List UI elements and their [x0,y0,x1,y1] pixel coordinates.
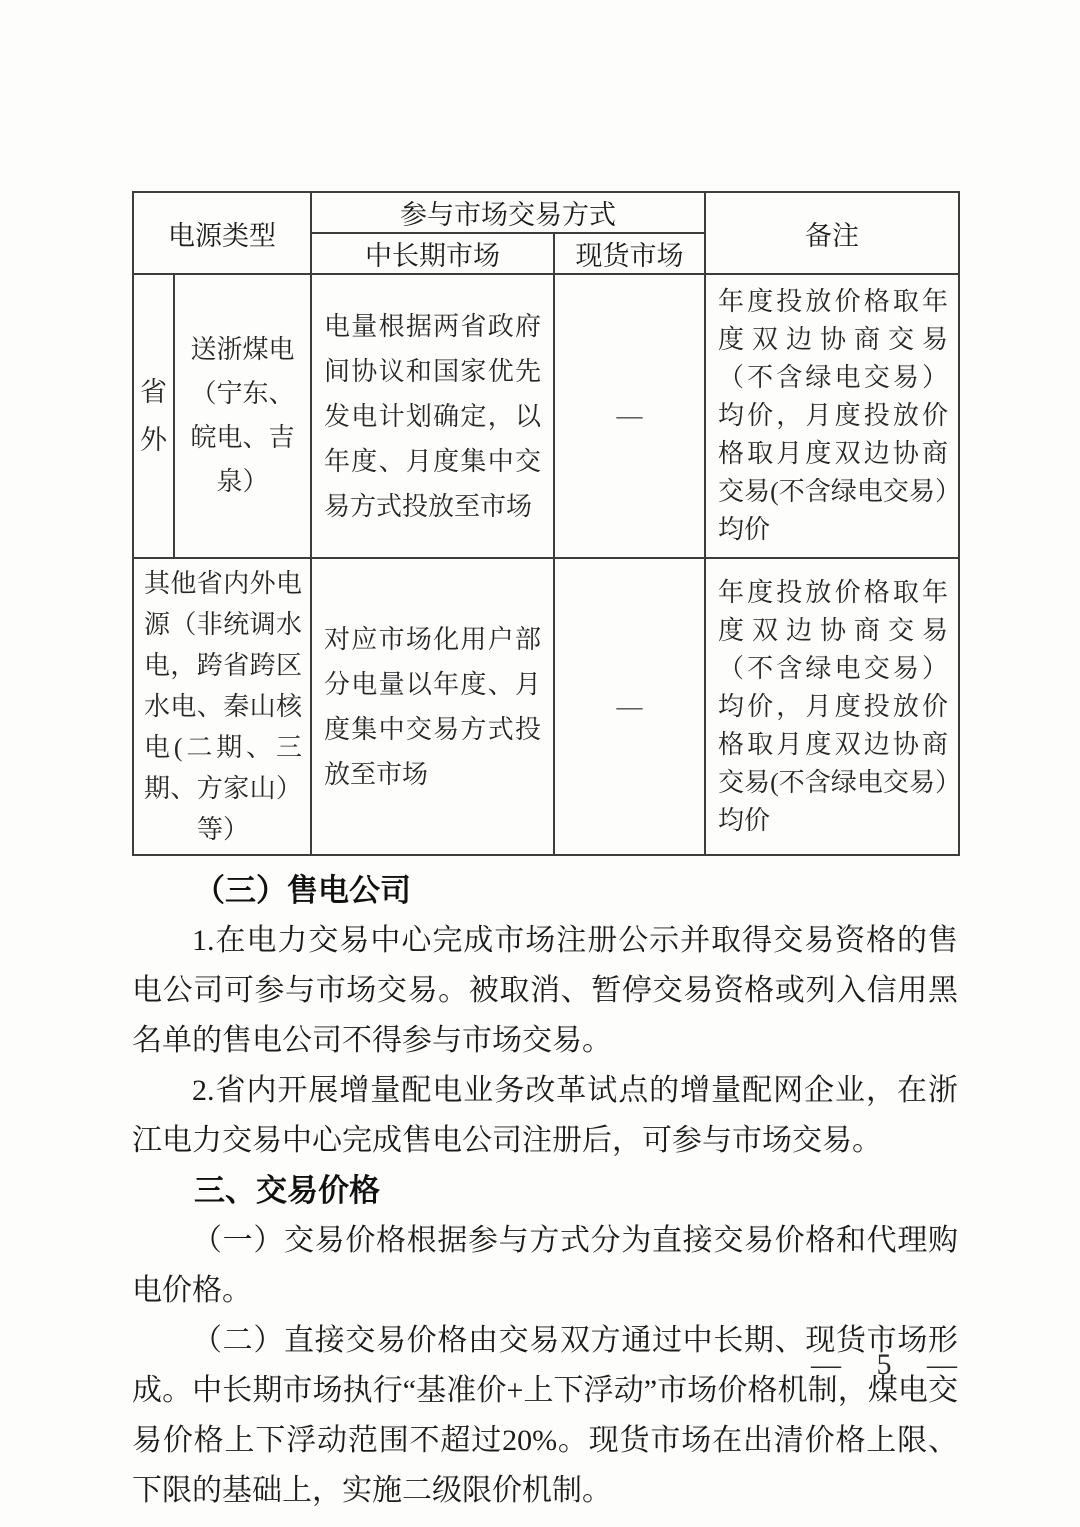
row1-group-label: 省外 [139,368,167,464]
page-number: — 5 — [811,1348,958,1382]
header-remarks: 备注 [705,192,959,274]
paragraph-sales-company-2: 2.省内开展增量配电业务改革试点的增量配网企业，在浙江电力交易中心完成售电公司注… [132,1066,958,1166]
section-heading-sales-companies: （三）售电公司 [132,866,958,916]
row1-power-type-cell: 送浙煤电（宁东、皖电、吉泉） [174,274,311,558]
row1-remarks-cell: 年度投放价格取年度双边协商交易（不含绿电交易）均价，月度投放价格取月度双边协商交… [705,274,959,558]
table-header-row-1: 电源类型 参与市场交易方式 备注 [133,192,959,233]
power-source-trading-table: 电源类型 参与市场交易方式 备注 中长期市场 现货市场 省外 送浙煤电（宁东、皖… [132,191,960,856]
document-page: 电源类型 参与市场交易方式 备注 中长期市场 现货市场 省外 送浙煤电（宁东、皖… [0,0,1080,1527]
header-mid-long-term-market: 中长期市场 [311,233,554,274]
paragraph-price-2: （二）直接交易价格由交易双方通过中长期、现货市场形成。中长期市场执行“基准价+上… [132,1316,958,1516]
body-text: （三）售电公司 1.在电力交易中心完成市场注册公示并取得交易资格的售电公司可参与… [132,866,958,1516]
paragraph-price-1: （一）交易价格根据参与方式分为直接交易价格和代理购电价格。 [132,1216,958,1316]
table-row: 其他省内外电源（非统调水电，跨省跨区水电、秦山核电(二期、三期、方家山）等） 对… [133,558,959,855]
header-spot-market: 现货市场 [554,233,705,274]
row2-remarks-cell: 年度投放价格取年度双边协商交易（不含绿电交易）均价，月度投放价格取月度双边协商交… [705,558,959,855]
row2-power-type-cell: 其他省内外电源（非统调水电，跨省跨区水电、秦山核电(二期、三期、方家山）等） [133,558,311,855]
row1-group-cell: 省外 [133,274,174,558]
paragraph-sales-company-1: 1.在电力交易中心完成市场注册公示并取得交易资格的售电公司可参与市场交易。被取消… [132,916,958,1066]
row1-spot-cell: — [554,274,705,558]
header-power-type: 电源类型 [133,192,311,274]
row2-mid-long-term-cell: 对应市场化用户部分电量以年度、月度集中交易方式投放至市场 [311,558,554,855]
table-row: 省外 送浙煤电（宁东、皖电、吉泉） 电量根据两省政府间协议和国家优先发电计划确定… [133,274,959,558]
header-participation-mode: 参与市场交易方式 [311,192,705,233]
row2-spot-cell: — [554,558,705,855]
section-heading-trading-price: 三、交易价格 [132,1166,958,1216]
row1-mid-long-term-cell: 电量根据两省政府间协议和国家优先发电计划确定，以年度、月度集中交易方式投放至市场 [311,274,554,558]
document-content: 电源类型 参与市场交易方式 备注 中长期市场 现货市场 省外 送浙煤电（宁东、皖… [132,191,958,1516]
